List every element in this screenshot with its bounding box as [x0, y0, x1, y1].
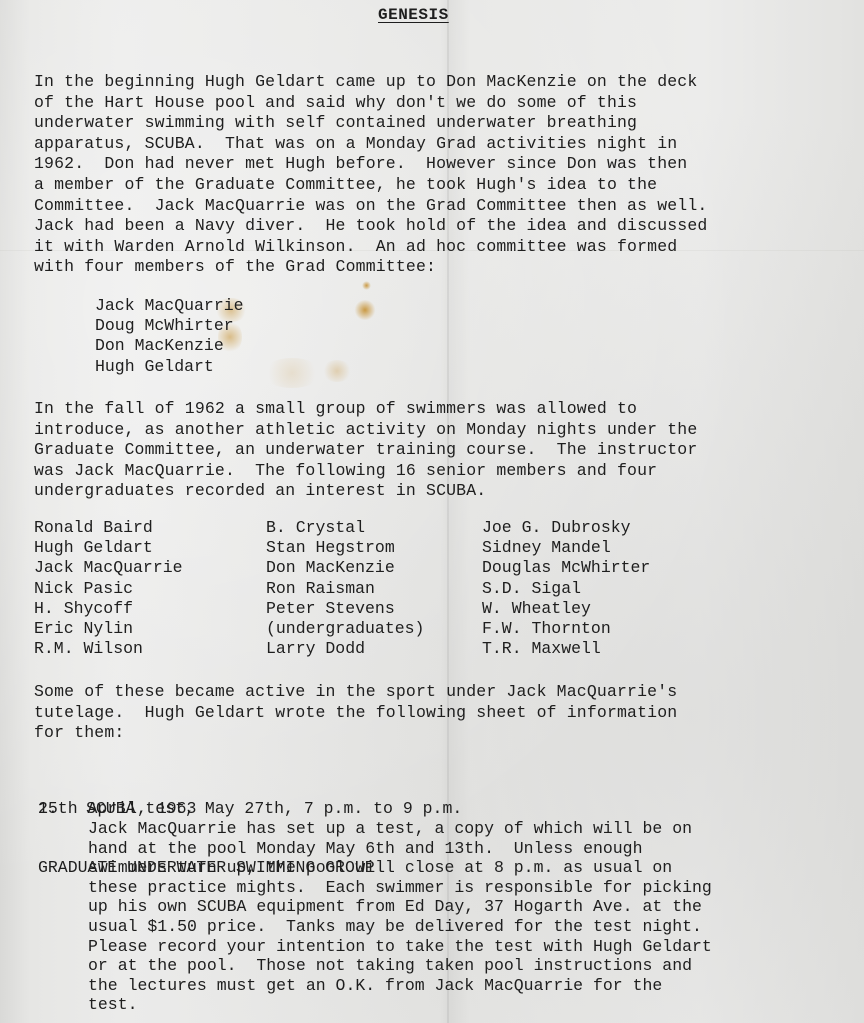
text-line: up his own SCUBA equipment from Ed Day, …	[88, 897, 712, 917]
text-line: Larry Dodd	[266, 639, 424, 659]
text-line: the lectures must get an O.K. from Jack …	[88, 976, 712, 996]
info-sheet-item: 1. SCUBA test, May 27th, 7 p.m. to 9 p.m…	[38, 799, 78, 897]
text-line: underwater swimming with self contained …	[34, 113, 707, 134]
text-line: 1962. Don had never met Hugh before. How…	[34, 154, 707, 175]
text-line: usual $1.50 price. Tanks may be delivere…	[88, 917, 712, 937]
text-line: introduce, as another athletic activity …	[34, 420, 697, 441]
text-line: undergraduates recorded an interest in S…	[34, 481, 697, 502]
text-line: these practice mights. Each swimmer is r…	[88, 878, 712, 898]
ad-hoc-committee-list: Jack MacQuarrieDoug McWhirterDon MacKenz…	[95, 296, 244, 377]
item-body: Jack MacQuarrie has set up a test, a cop…	[88, 819, 712, 1015]
text-line: Nick Pasic	[34, 579, 183, 599]
text-line: Don MacKenzie	[266, 558, 424, 578]
text-line: was Jack MacQuarrie. The following 16 se…	[34, 461, 697, 482]
text-line: Don MacKenzie	[95, 336, 244, 356]
roster-column: Joe G. DubroskySidney MandelDouglas McWh…	[482, 518, 650, 659]
text-line: T.R. Maxwell	[482, 639, 650, 659]
text-line: Douglas McWhirter	[482, 558, 650, 578]
text-line: Hugh Geldart	[34, 538, 183, 558]
text-line: Graduate Committee, an underwater traini…	[34, 440, 697, 461]
text-line: it with Warden Arnold Wilkinson. An ad h…	[34, 237, 707, 258]
text-line: Committee. Jack MacQuarrie was on the Gr…	[34, 196, 707, 217]
text-line: of the Hart House pool and said why don'…	[34, 93, 707, 114]
text-line: swimmers turn up, the pool will close at…	[88, 858, 712, 878]
tutelage-paragraph: Some of these became active in the sport…	[34, 682, 677, 744]
text-line: Eric Nylin	[34, 619, 183, 639]
text-line: a member of the Graduate Committee, he t…	[34, 175, 707, 196]
text-line: H. Shycoff	[34, 599, 183, 619]
text-line: Hugh Geldart	[95, 357, 244, 377]
roster-column: B. CrystalStan HegstromDon MacKenzieRon …	[266, 518, 424, 659]
stain-mark	[362, 281, 371, 290]
text-line: tutelage. Hugh Geldart wrote the followi…	[34, 703, 677, 724]
text-line: W. Wheatley	[482, 599, 650, 619]
text-line: test.	[88, 995, 712, 1015]
scanned-document-page: GENESIS In the beginning Hugh Geldart ca…	[0, 0, 864, 1023]
text-line: B. Crystal	[266, 518, 424, 538]
text-line: Please record your intention to take the…	[88, 937, 712, 957]
text-line: apparatus, SCUBA. That was on a Monday G…	[34, 134, 707, 155]
text-line: Jack MacQuarrie	[95, 296, 244, 316]
text-line: Jack had been a Navy diver. He took hold…	[34, 216, 707, 237]
text-line: with four members of the Grad Committee:	[34, 257, 707, 278]
stain-mark	[322, 360, 352, 382]
text-line: In the fall of 1962 a small group of swi…	[34, 399, 697, 420]
text-line: Jack MacQuarrie has set up a test, a cop…	[88, 819, 712, 839]
text-line: Sidney Mandel	[482, 538, 650, 558]
document-title: GENESIS	[378, 6, 449, 24]
text-line: F.W. Thornton	[482, 619, 650, 639]
text-line: Doug McWhirter	[95, 316, 244, 336]
text-line: Some of these became active in the sport…	[34, 682, 677, 703]
text-line: Peter Stevens	[266, 599, 424, 619]
text-line: or at the pool. Those not taking taken p…	[88, 956, 712, 976]
text-line: Joe G. Dubrosky	[482, 518, 650, 538]
item-title: SCUBA test, May 27th, 7 p.m. to 9 p.m.	[86, 799, 462, 819]
text-line: Jack MacQuarrie	[34, 558, 183, 578]
text-line: S.D. Sigal	[482, 579, 650, 599]
roster-column: Ronald BairdHugh GeldartJack MacQuarrieN…	[34, 518, 183, 659]
text-line: Ron Raisman	[266, 579, 424, 599]
text-line: Ronald Baird	[34, 518, 183, 538]
item-number: 1.	[38, 799, 58, 819]
text-line: hand at the pool Monday May 6th and 13th…	[88, 839, 712, 859]
stain-mark	[262, 358, 322, 388]
text-line: In the beginning Hugh Geldart came up to…	[34, 72, 707, 93]
text-line: R.M. Wilson	[34, 639, 183, 659]
intro-paragraph: In the beginning Hugh Geldart came up to…	[34, 72, 707, 278]
text-line: for them:	[34, 723, 677, 744]
text-line: Stan Hegstrom	[266, 538, 424, 558]
text-line: (undergraduates)	[266, 619, 424, 639]
stain-mark	[354, 300, 376, 320]
fall-1962-paragraph: In the fall of 1962 a small group of swi…	[34, 399, 697, 502]
